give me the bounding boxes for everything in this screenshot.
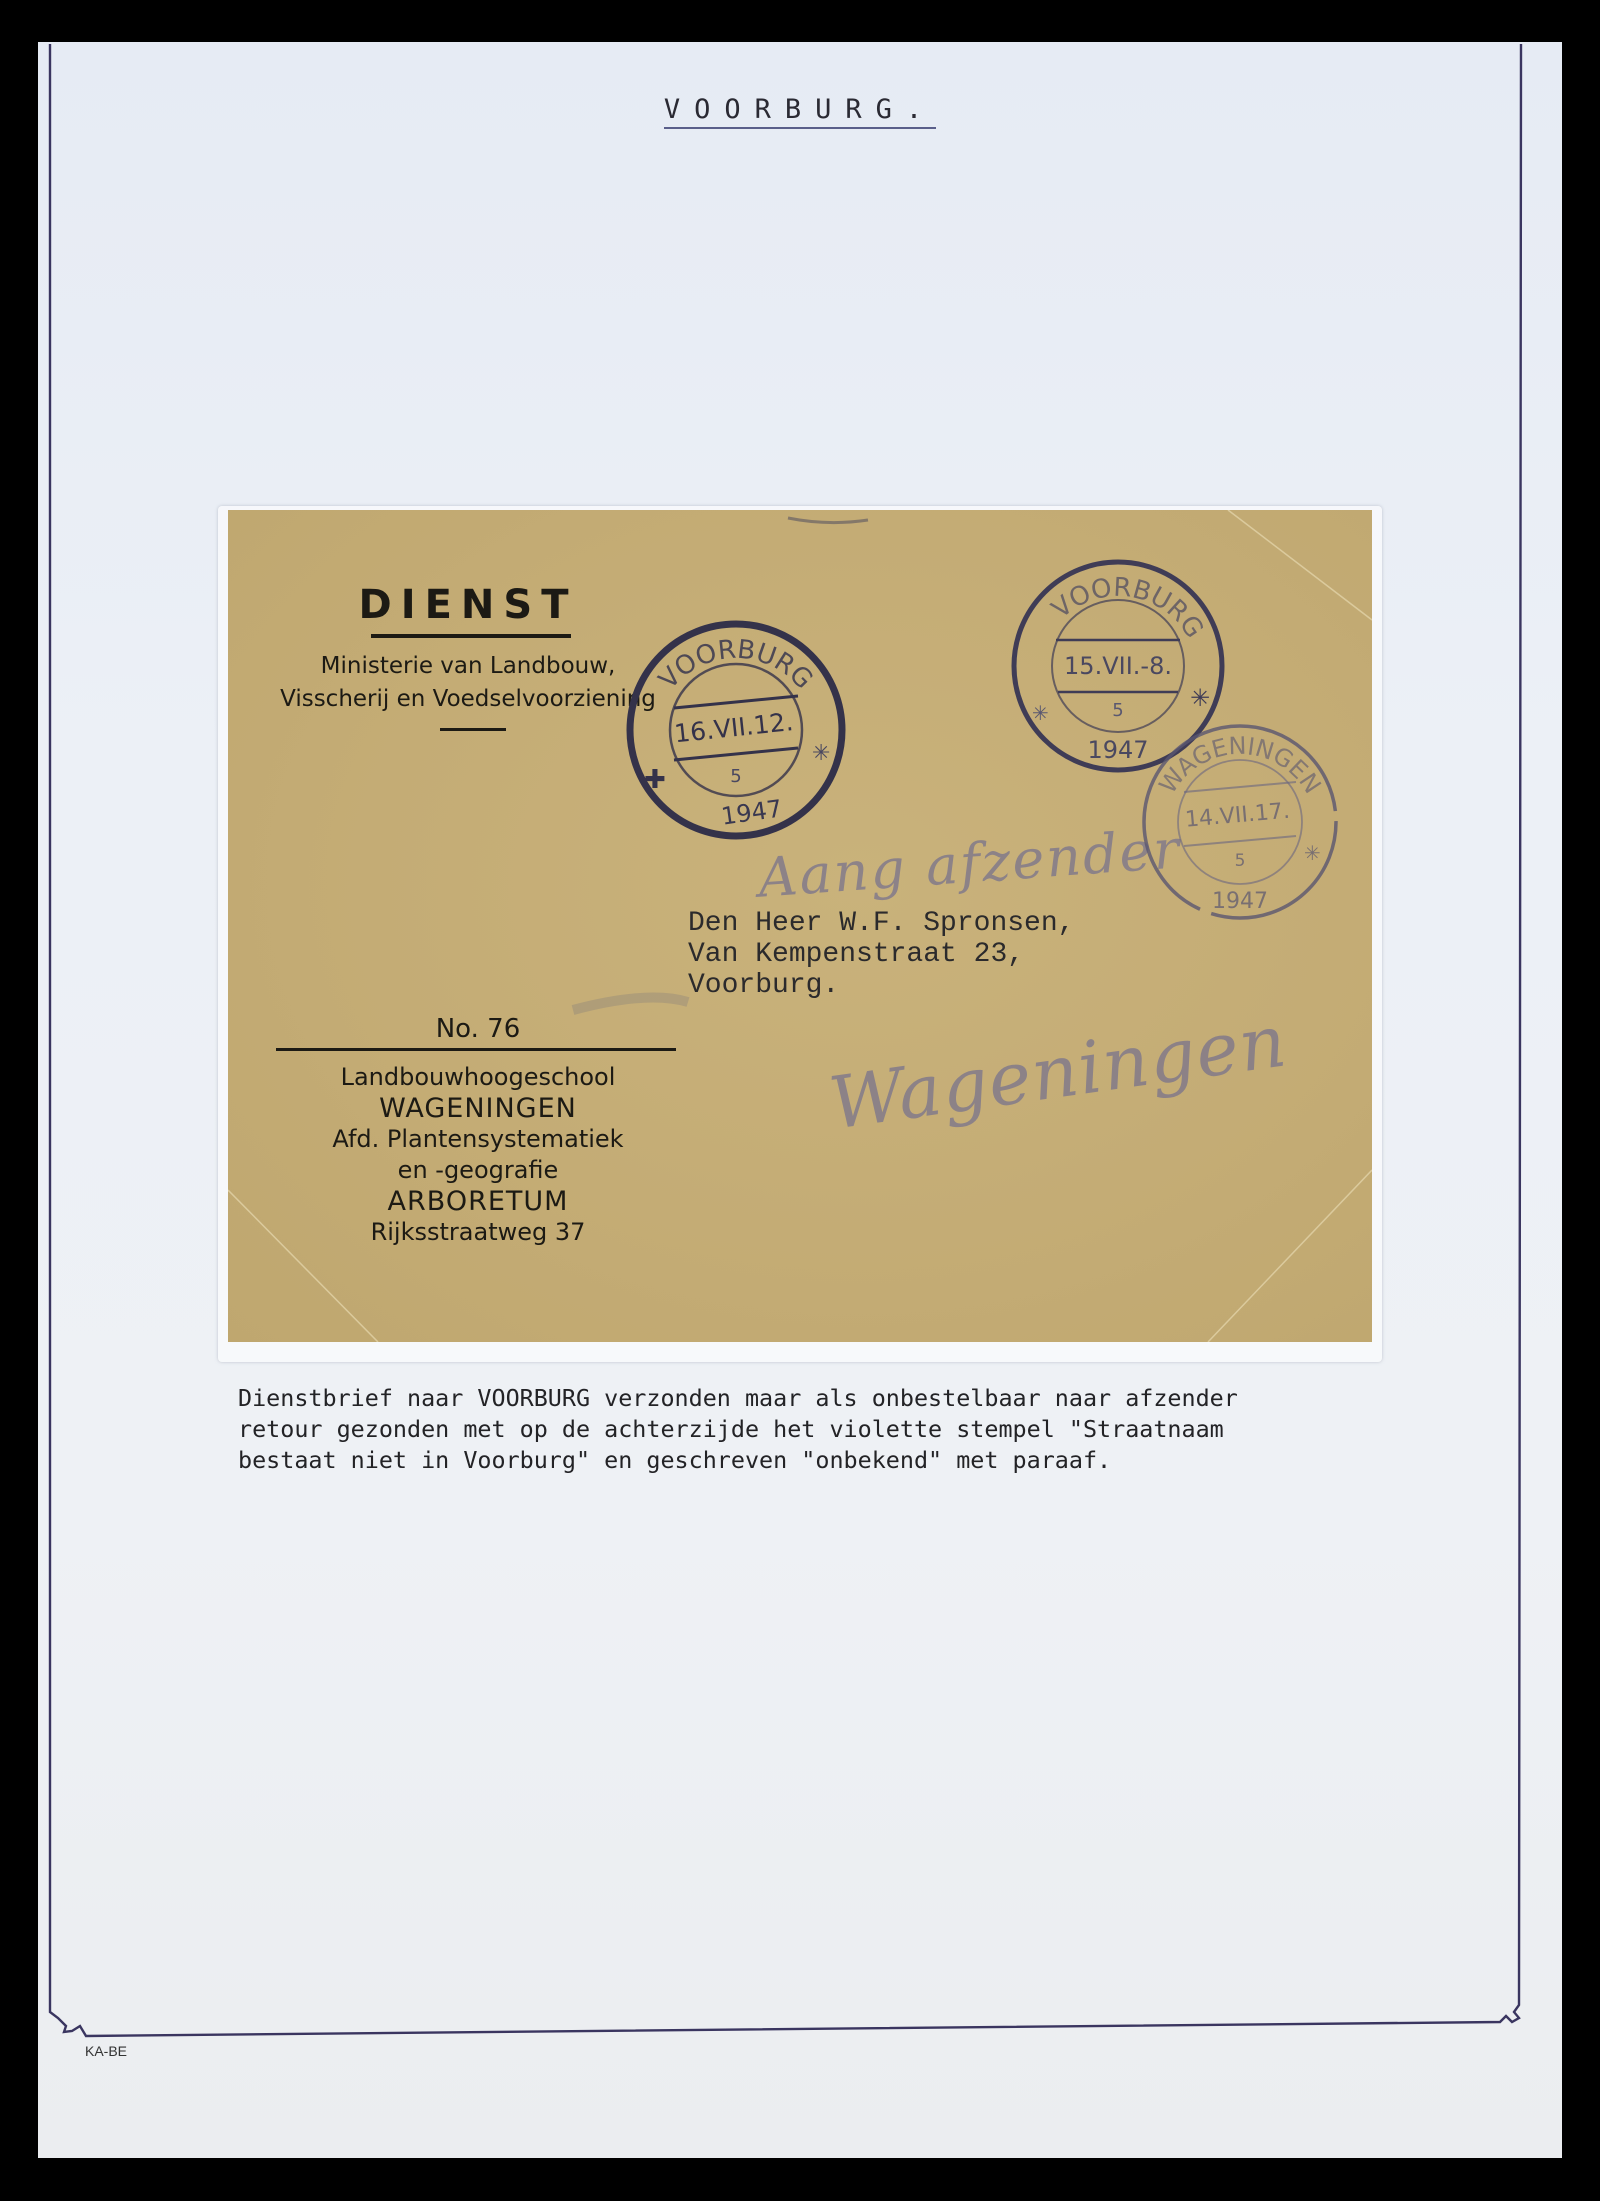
svg-text:14.VII.17.: 14.VII.17.: [1184, 799, 1291, 833]
svg-text:5: 5: [1112, 700, 1123, 721]
number-rule: [276, 1048, 676, 1051]
address-line: Voorburg.: [688, 970, 1074, 1001]
postmark-wageningen: WAGENINGEN 14.VII.17. 5 1947 ✳: [1140, 722, 1340, 926]
dienst-heading: DIENST: [318, 582, 618, 628]
address-line: Den Heer W.F. Spronsen,: [688, 908, 1074, 939]
publisher-label: KA-BE: [85, 2043, 127, 2059]
svg-text:✳: ✳: [1304, 841, 1321, 865]
return-line: ARBORETUM: [278, 1186, 678, 1217]
return-line: WAGENINGEN: [278, 1093, 678, 1124]
return-line: en -geografie: [278, 1155, 678, 1186]
svg-text:WAGENINGEN: WAGENINGEN: [1154, 732, 1327, 799]
svg-text:✳: ✳: [1032, 701, 1049, 725]
ministry-rule: [440, 728, 506, 731]
cover-envelope: DIENST Ministerie van Landbouw, Visscher…: [228, 510, 1372, 1342]
cover-number: No. 76: [378, 1014, 578, 1044]
caption-line: Dienstbrief naar VOORBURG verzonden maar…: [238, 1383, 1438, 1414]
page-title: VOORBURG.: [0, 94, 1600, 125]
svg-text:✳: ✳: [812, 741, 830, 766]
cover-description: Dienstbrief naar VOORBURG verzonden maar…: [238, 1383, 1438, 1476]
svg-text:5: 5: [730, 766, 741, 787]
address-line: Van Kempenstraat 23,: [688, 939, 1074, 970]
svg-text:1947: 1947: [1212, 889, 1268, 914]
return-line: Rijksstraatweg 37: [278, 1217, 678, 1248]
svg-text:16.VII.12.: 16.VII.12.: [673, 707, 795, 748]
caption-line: bestaat niet in Voorburg" en geschreven …: [238, 1445, 1438, 1476]
return-line: Landbouwhoogeschool: [278, 1062, 678, 1093]
return-address: Landbouwhoogeschool WAGENINGEN Afd. Plan…: [278, 1062, 678, 1248]
svg-text:15.VII.-8.: 15.VII.-8.: [1064, 652, 1172, 680]
svg-text:✚: ✚: [644, 765, 666, 795]
caption-line: retour gezonden met op de achterzijde he…: [238, 1414, 1438, 1445]
svg-text:5: 5: [1235, 851, 1246, 871]
dienst-underline: [371, 634, 571, 638]
postmark-voorburg-1: VOORBURG 16.VII.12. 5 1947 ✚ ✳: [626, 620, 846, 844]
recipient-address: Den Heer W.F. Spronsen,Van Kempenstraat …: [688, 908, 1074, 1001]
svg-text:✳: ✳: [1190, 684, 1210, 712]
return-line: Afd. Plantensystematiek: [278, 1124, 678, 1155]
